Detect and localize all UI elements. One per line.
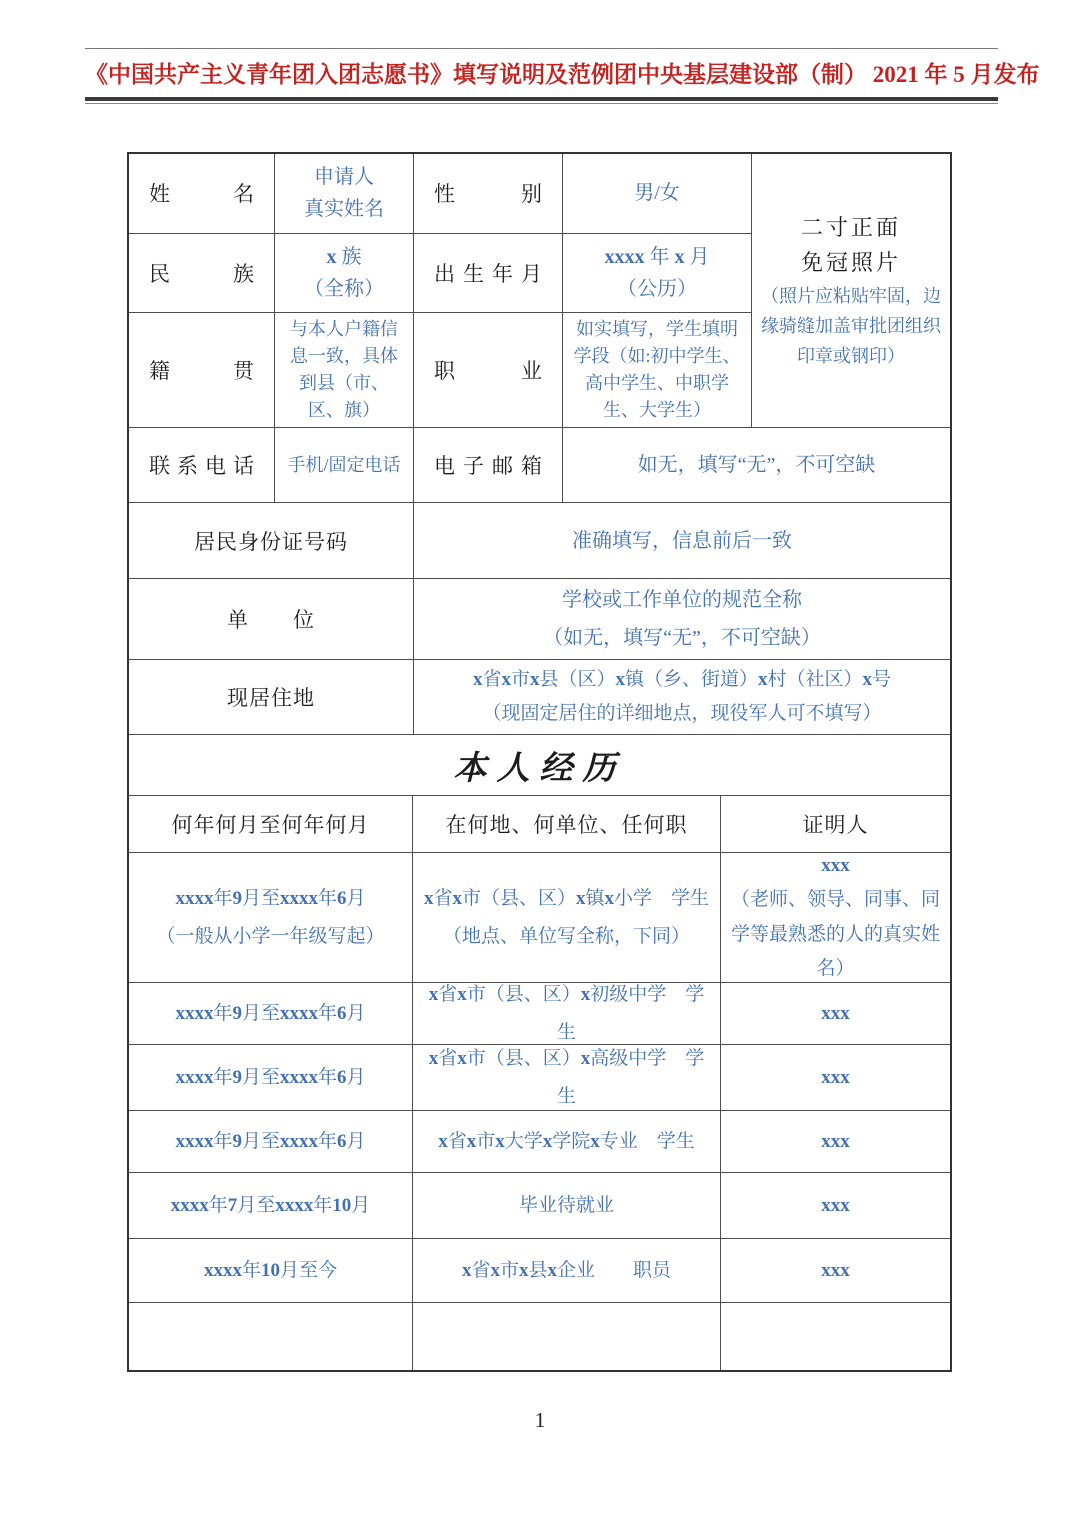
place-value: x省x市（县、区）x初级中学 学生 [421, 983, 712, 1044]
place-value: x省x市x县x企业 职员 [462, 1252, 671, 1289]
period-value: xxxx年9月至xxxx年6月 [175, 1059, 365, 1096]
experience-col-witness: 证明人 [803, 809, 869, 839]
table-row: 居民身份证号码 准确填写，信息前后一致 [129, 503, 950, 579]
table-row: 姓名 申请人 真实姓名 性别 男/女 [129, 154, 751, 234]
birthdate-label: 出生年月 [422, 258, 554, 288]
witness-cell: xxx （老师、领导、同事、同学等最熟悉的人的真实姓名） [721, 853, 950, 982]
document-header: 《中国共产主义青年团入团志愿书》填写说明及范例 团中央基层建设部（制） 2021… [85, 48, 998, 104]
experience-row: xxxx年9月至xxxx年6月 x省x市（县、区）x高级中学 学生 xxx [129, 1045, 950, 1111]
experience-row: xxxx年10月至今 x省x市x县x企业 职员 xxx [129, 1239, 950, 1303]
email-value: 如无，填写“无”，不可空缺 [638, 449, 876, 481]
application-form-table: 姓名 申请人 真实姓名 性别 男/女 民族 x 族 （全称） 出生年月 xxxx… [127, 152, 952, 1372]
header-top-rule [85, 48, 998, 49]
birthplace-label: 籍贯 [137, 355, 266, 385]
email-value-cell: 如无，填写“无”，不可空缺 [563, 428, 950, 502]
table-row: 单 位 学校或工作单位的规范全称 （如无，填写“无”，不可空缺） [129, 579, 950, 660]
ethnicity-value: x 族 （全称） [304, 241, 384, 305]
name-label-cell: 姓名 [129, 154, 275, 233]
photo-note: （照片应粘贴牢固，边缘骑缝加盖审批团组织印章或钢印） [760, 282, 942, 371]
name-value-cell: 申请人 真实姓名 [275, 154, 414, 233]
residence-label: 现居住地 [227, 682, 315, 712]
gender-value: 男/女 [634, 177, 680, 209]
name-label: 姓名 [137, 178, 266, 208]
period-cell: xxxx年9月至xxxx年6月 （一般从小学一年级写起） [129, 853, 413, 982]
experience-col-place: 在何地、何单位、任何职 [446, 809, 688, 839]
period-cell: xxxx年7月至xxxx年10月 [129, 1173, 413, 1238]
occupation-label-cell: 职业 [414, 313, 563, 427]
birthdate-value-cell: xxxx 年 x 月 （公历） [563, 234, 751, 313]
place-cell: x省x市（县、区）x初级中学 学生 [413, 983, 721, 1044]
witness-cell: xxx [721, 1173, 950, 1238]
occupation-value-cell: 如实填写，学生填明学段（如:初中学生、高中学生、中职学生、大学生） [563, 313, 751, 427]
experience-row: xxxx年9月至xxxx年6月 x省x市x大学x学院x专业 学生 xxx [129, 1111, 950, 1173]
gender-value-cell: 男/女 [563, 154, 751, 233]
witness-value: xxx [821, 1059, 850, 1096]
unit-label-cell: 单 位 [129, 579, 414, 659]
empty-cell [721, 1303, 950, 1370]
gender-label: 性别 [422, 178, 554, 208]
photo-cell: 二寸正面 免冠照片 （照片应粘贴牢固，边缘骑缝加盖审批团组织印章或钢印） [751, 154, 950, 427]
witness-value: xxx [821, 1252, 850, 1289]
empty-cell [413, 1303, 721, 1370]
period-cell: xxxx年9月至xxxx年6月 [129, 1111, 413, 1172]
ethnicity-label: 民族 [137, 258, 266, 288]
place-cell: x省x市（县、区）x镇x小学 学生 （地点、单位写全称，下同） [413, 853, 721, 982]
unit-label: 单 位 [227, 604, 315, 634]
table-row: 现居住地 x省x市x县（区）x镇（乡、街道）x村（社区）x号 （现固定居住的详细… [129, 660, 950, 735]
period-cell: xxxx年9月至xxxx年6月 [129, 1045, 413, 1110]
witness-value: xxx [821, 995, 850, 1032]
place-value: x省x市x大学x学院x专业 学生 [438, 1123, 695, 1160]
period-value: xxxx年9月至xxxx年6月 [175, 995, 365, 1032]
witness-cell: xxx [721, 1239, 950, 1302]
unit-value: 学校或工作单位的规范全称 （如无，填写“无”，不可空缺） [543, 581, 821, 657]
unit-value-cell: 学校或工作单位的规范全称 （如无，填写“无”，不可空缺） [414, 579, 950, 659]
table-row: 联系电话 手机/固定电话 电子邮箱 如无，填写“无”，不可空缺 [129, 428, 950, 503]
witness-value: xxx （老师、领导、同事、同学等最熟悉的人的真实姓名） [729, 853, 942, 982]
period-value: xxxx年9月至xxxx年6月 （一般从小学一年级写起） [156, 880, 384, 954]
document-title: 《中国共产主义青年团入团志愿书》填写说明及范例 [85, 56, 614, 89]
witness-value: xxx [821, 1187, 850, 1224]
residence-value-cell: x省x市x县（区）x镇（乡、街道）x村（社区）x号 （现固定居住的详细地点，现役… [414, 660, 950, 734]
witness-cell: xxx [721, 983, 950, 1044]
document-issuer: 团中央基层建设部（制） 2021 年 5 月发布 [614, 56, 1040, 89]
id-number-value: 准确填写，信息前后一致 [572, 525, 792, 557]
place-value: 毕业待就业 [519, 1187, 614, 1224]
experience-row: xxxx年9月至xxxx年6月 x省x市（县、区）x初级中学 学生 xxx [129, 983, 950, 1045]
place-value: x省x市（县、区）x镇x小学 学生 （地点、单位写全称，下同） [424, 880, 709, 954]
witness-value: xxx [821, 1123, 850, 1160]
gender-label-cell: 性别 [414, 154, 563, 233]
experience-row: xxxx年7月至xxxx年10月 毕业待就业 xxx [129, 1173, 950, 1239]
residence-value: x省x市x县（区）x镇（乡、街道）x村（社区）x号 （现固定居住的详细地点，现役… [473, 663, 891, 731]
experience-title-cell: 本人经历 [129, 735, 950, 795]
email-label-cell: 电子邮箱 [414, 428, 563, 502]
table-row: 籍贯 与本人户籍信息一致，具体到县（市、区、旗） 职业 如实填写，学生填明学段（… [129, 313, 751, 427]
experience-col-witness-cell: 证明人 [721, 796, 950, 852]
ethnicity-value-cell: x 族 （全称） [275, 234, 414, 313]
photo-title: 二寸正面 免冠照片 [801, 210, 901, 280]
period-cell: xxxx年10月至今 [129, 1239, 413, 1302]
ethnicity-label-cell: 民族 [129, 234, 275, 313]
birthplace-value: 与本人户籍信息一致，具体到县（市、区、旗） [283, 316, 405, 424]
period-cell: xxxx年9月至xxxx年6月 [129, 983, 413, 1044]
birthplace-value-cell: 与本人户籍信息一致，具体到县（市、区、旗） [275, 313, 414, 427]
experience-section-title: 本人经历 [454, 742, 626, 789]
occupation-value: 如实填写，学生填明学段（如:初中学生、高中学生、中职学生、大学生） [571, 316, 743, 424]
residence-label-cell: 现居住地 [129, 660, 414, 734]
birthplace-label-cell: 籍贯 [129, 313, 275, 427]
experience-row: xxxx年9月至xxxx年6月 （一般从小学一年级写起） x省x市（县、区）x镇… [129, 853, 950, 983]
header-bottom-rule [85, 97, 998, 104]
document-page: 《中国共产主义青年团入团志愿书》填写说明及范例 团中央基层建设部（制） 2021… [0, 0, 1080, 1528]
table-row: 本人经历 [129, 735, 950, 796]
name-value: 申请人 真实姓名 [304, 161, 384, 225]
birthdate-value: xxxx 年 x 月 （公历） [605, 241, 710, 305]
place-value: x省x市（县、区）x高级中学 学生 [421, 1045, 712, 1110]
form-top-section: 姓名 申请人 真实姓名 性别 男/女 民族 x 族 （全称） 出生年月 xxxx… [129, 154, 950, 428]
place-cell: x省x市（县、区）x高级中学 学生 [413, 1045, 721, 1110]
period-value: xxxx年7月至xxxx年10月 [171, 1187, 371, 1224]
table-row: 民族 x 族 （全称） 出生年月 xxxx 年 x 月 （公历） [129, 234, 751, 314]
birthdate-label-cell: 出生年月 [414, 234, 563, 313]
period-value: xxxx年9月至xxxx年6月 [175, 1123, 365, 1160]
experience-col-period: 何年何月至何年何月 [172, 809, 370, 839]
phone-label: 联系电话 [137, 450, 266, 480]
period-value: xxxx年10月至今 [204, 1252, 337, 1289]
witness-cell: xxx [721, 1045, 950, 1110]
place-cell: 毕业待就业 [413, 1173, 721, 1238]
email-label: 电子邮箱 [422, 450, 554, 480]
place-cell: x省x市x县x企业 职员 [413, 1239, 721, 1302]
experience-col-period-cell: 何年何月至何年何月 [129, 796, 413, 852]
occupation-label: 职业 [422, 355, 554, 385]
page-number: 1 [0, 1408, 1080, 1433]
witness-cell: xxx [721, 1111, 950, 1172]
phone-value: 手机/固定电话 [287, 451, 400, 480]
phone-value-cell: 手机/固定电话 [275, 428, 414, 502]
experience-col-place-cell: 在何地、何单位、任何职 [413, 796, 721, 852]
id-number-label: 居民身份证号码 [194, 526, 348, 556]
id-number-label-cell: 居民身份证号码 [129, 503, 414, 578]
empty-cell [129, 1303, 413, 1370]
experience-row-empty [129, 1303, 950, 1370]
experience-header-row: 何年何月至何年何月 在何地、何单位、任何职 证明人 [129, 796, 950, 853]
place-cell: x省x市x大学x学院x专业 学生 [413, 1111, 721, 1172]
id-number-value-cell: 准确填写，信息前后一致 [414, 503, 950, 578]
form-top-left: 姓名 申请人 真实姓名 性别 男/女 民族 x 族 （全称） 出生年月 xxxx… [129, 154, 751, 427]
phone-label-cell: 联系电话 [129, 428, 275, 502]
